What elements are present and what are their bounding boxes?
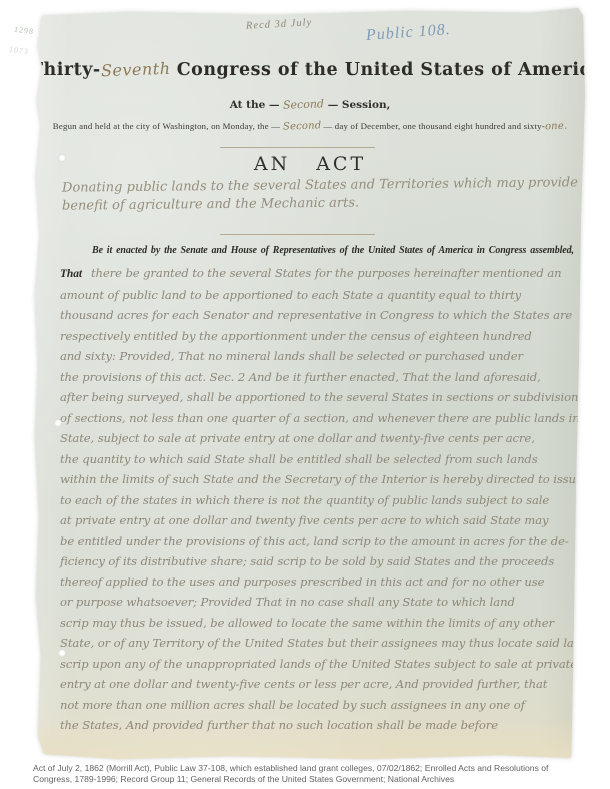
session-suffix: — Session, — [328, 99, 391, 111]
punch-hole-middle — [54, 419, 62, 427]
an-word: AN — [254, 153, 290, 175]
body-line: within the limits of such State and the … — [60, 469, 560, 490]
archives-caption: Act of July 2, 1862 (Morrill Act), Publi… — [33, 763, 595, 786]
body-line: State, subject to sale at private entry … — [60, 428, 560, 449]
congress-ordinal-handwritten: Seventh — [100, 59, 170, 80]
body-line: thereof applied to the uses and purposes… — [60, 572, 560, 593]
body-line: scrip upon any of the unappropriated lan… — [60, 654, 560, 675]
congress-prefix: Thirty- — [30, 60, 101, 80]
enacting-clause: Be it enacted by the Senate and House of… — [92, 245, 582, 256]
body-line: the quantity to which said State shall b… — [60, 449, 560, 470]
parchment-page: Recd 3d July Public 108. Thirty-Seventh … — [30, 6, 590, 762]
body-line: the provisions of this act. Sec. 2 And b… — [60, 367, 560, 388]
begun-line: Begun and held at the city of Washington… — [30, 121, 590, 132]
caption-line-1: Act of July 2, 1862 (Morrill Act), Publi… — [33, 763, 595, 774]
punch-hole-bottom — [58, 649, 66, 657]
body-line: thousand acres for each Senator and repr… — [60, 305, 560, 326]
body-line: State, or of any Territory of the United… — [60, 633, 560, 654]
divider-rule-top — [220, 147, 375, 148]
body-line-text: there be granted to the several States f… — [91, 266, 562, 280]
body-line: amount of public land to be apportioned … — [60, 285, 560, 306]
act-title-line-2: benefit of agriculture and the Mechanic … — [62, 192, 572, 216]
session-ordinal-handwritten: Second — [283, 97, 324, 111]
received-date-annotation: Recd 3d July — [246, 17, 313, 31]
punch-hole-top — [58, 154, 66, 162]
enacting-rest: by the Senate and House of Representativ… — [147, 245, 574, 256]
caption-line-2: Congress, 1789-1996; Record Group 11; Ge… — [33, 774, 595, 785]
that-word-printed: That — [60, 268, 82, 280]
public-law-annotation: Public 108. — [365, 21, 451, 45]
document-scan: Recd 3d July Public 108. Thirty-Seventh … — [0, 0, 610, 789]
body-line: scrip may thus be issued, be allowed to … — [60, 613, 560, 634]
screenshot-root: { "annotations": { "received_note": "Rec… — [0, 0, 610, 789]
body-line: ficiency of its distributive share; said… — [60, 551, 560, 572]
body-line: be entitled under the provisions of this… — [60, 531, 560, 552]
body-line: and sixty: Provided, That no mineral lan… — [60, 346, 560, 367]
congress-title: Thirty-Seventh Congress of the United St… — [30, 60, 590, 80]
session-prefix: At the — — [230, 99, 280, 111]
body-line: or purpose whatsoever; Provided That in … — [60, 592, 560, 613]
begun-prefix: Begun and held at the city of Washington… — [53, 121, 280, 131]
body-line: Thatthere be granted to the several Stat… — [60, 263, 560, 285]
enacting-lead: Be it enacted — [92, 245, 147, 256]
body-line: not more than one million acres shall be… — [60, 695, 560, 716]
body-line: after being surveyed, shall be apportion… — [60, 387, 560, 408]
body-line: of sections, not less than one quarter o… — [60, 408, 560, 429]
handwritten-body: Thatthere be granted to the several Stat… — [60, 263, 560, 736]
act-title-text-2: benefit of agriculture and the Mechanic … — [62, 192, 572, 216]
an-act-heading: ANACT — [30, 153, 590, 175]
begun-year-handwritten: one. — [545, 121, 568, 133]
body-line: the States, And provided further that no… — [60, 715, 560, 736]
begun-day-handwritten: Second — [282, 120, 321, 132]
session-line: At the — Second — Session, — [30, 98, 590, 111]
body-line: at private entry at one dollar and twent… — [60, 510, 560, 531]
body-line: to each of the states in which there is … — [60, 490, 560, 511]
divider-rule-bottom — [220, 234, 375, 235]
body-line: respectively entitled by the apportionme… — [60, 326, 560, 347]
congress-title-rest: Congress of the United States of America… — [177, 60, 610, 80]
begun-middle: — day of December, one thousand eight hu… — [323, 121, 544, 131]
body-line: entry at one dollar and twenty-five cent… — [60, 674, 560, 695]
act-word: ACT — [316, 153, 366, 175]
